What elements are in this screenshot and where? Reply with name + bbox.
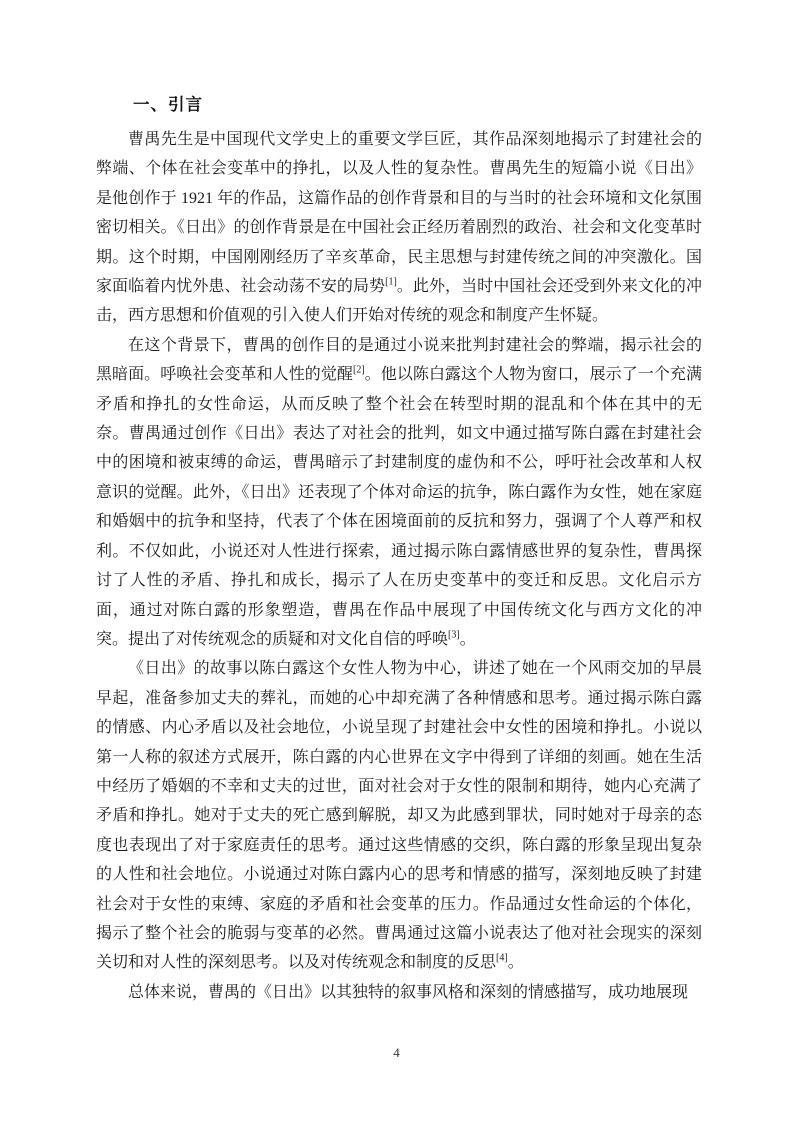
footnote-ref: [4] xyxy=(496,953,508,964)
body-paragraph: 在这个背景下，曹禺的创作目的是通过小说来批判封建社会的弊端，揭示社会的黑暗面。呼… xyxy=(96,331,702,654)
text-block: 一、引言 曹禺先生是中国现代文学史上的重要文学巨匠，其作品深刻地揭示了封建社会的… xyxy=(96,90,702,1007)
footnote-ref: [2] xyxy=(353,365,365,376)
footnote-ref: [3] xyxy=(448,630,460,641)
page-number: 4 xyxy=(0,1043,793,1063)
footnote-ref: [1] xyxy=(385,277,397,288)
paragraphs-container: 曹禺先生是中国现代文学史上的重要文学巨匠，其作品深刻地揭示了封建社会的弊端、个体… xyxy=(96,125,702,1007)
body-paragraph: 总体来说，曹禺的《日出》以其独特的叙事风格和深刻的情感描写，成功地展现 xyxy=(96,978,702,1007)
body-paragraph: 《日出》的故事以陈白露这个女性人物为中心，讲述了她在一个风雨交加的早晨早起，准备… xyxy=(96,654,702,977)
document-page: 一、引言 曹禺先生是中国现代文学史上的重要文学巨匠，其作品深刻地揭示了封建社会的… xyxy=(0,0,793,1122)
body-paragraph: 曹禺先生是中国现代文学史上的重要文学巨匠，其作品深刻地揭示了封建社会的弊端、个体… xyxy=(96,125,702,331)
section-heading: 一、引言 xyxy=(133,90,702,120)
